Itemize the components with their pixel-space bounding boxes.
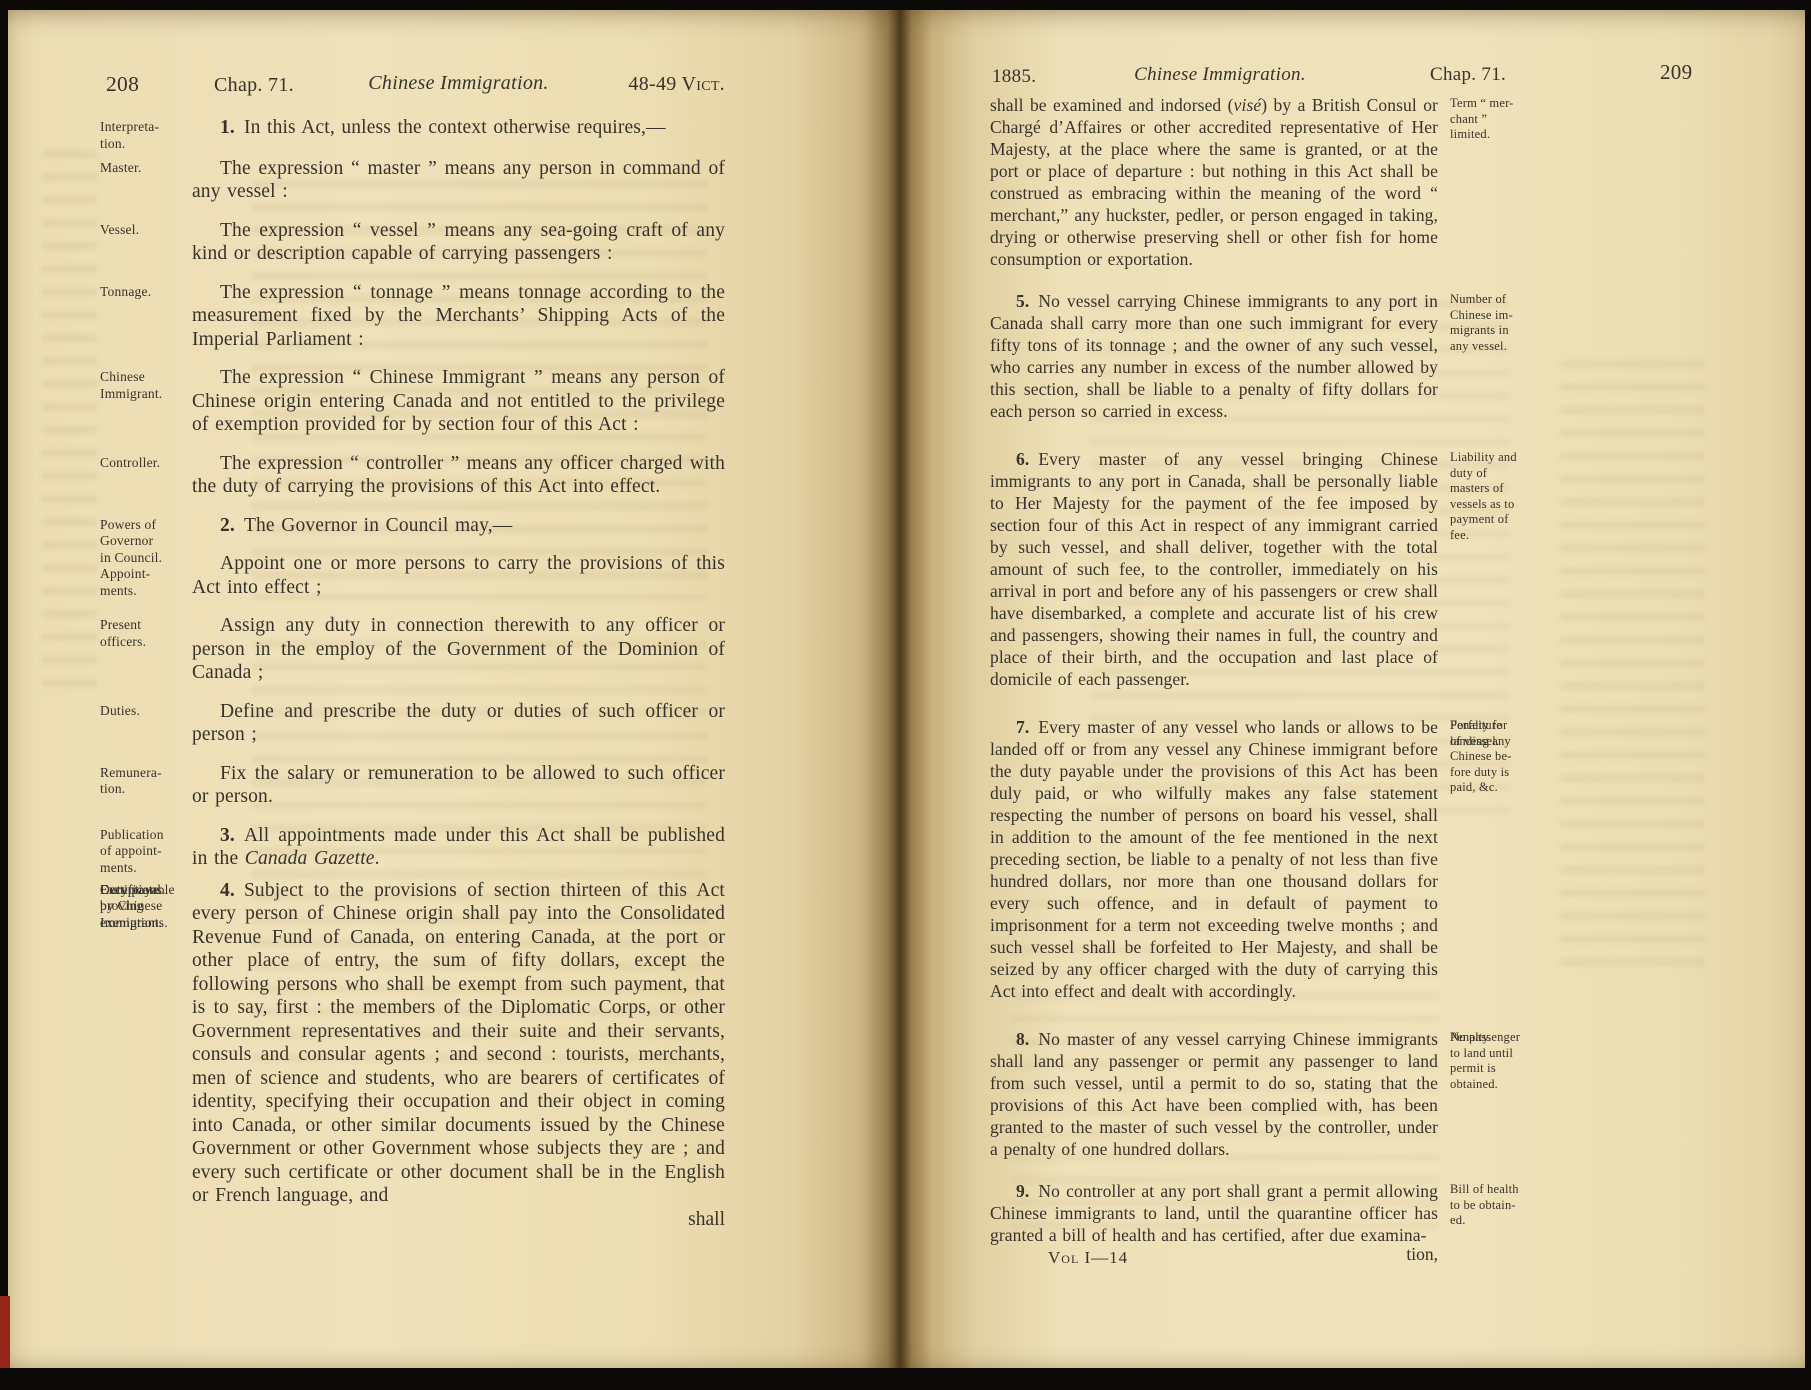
margin-note: Duties. (100, 703, 188, 720)
section-number: 8. (1016, 1029, 1038, 1049)
paragraph-text: The expression “ Chinese Immigrant ” mea… (192, 366, 725, 437)
margin-note: Vessel. (100, 222, 188, 239)
paragraph-text: 7.Every master of any vessel who lands o… (990, 716, 1438, 1002)
paragraph-text: Define and prescribe the duty or duties … (192, 700, 725, 747)
statute-definition: Controller. The expression “ controller … (100, 452, 740, 499)
statute-definition: Chinese Immigrant. The expression “ Chin… (100, 366, 740, 437)
section-number: 1. (220, 117, 244, 138)
statute-section: Duty payable by Chinese Immigrants. Exce… (100, 879, 740, 1232)
section-number: 3. (220, 825, 244, 846)
section-number: 6. (1016, 449, 1038, 469)
regnal-year: 48-49 Vict. (192, 73, 725, 96)
page-number: 209 (1660, 60, 1692, 85)
paragraph-text: The expression “ vessel ” means any sea-… (192, 219, 725, 266)
paragraph-text: shall be examined and indorsed (visé) by… (990, 94, 1438, 270)
margin-note: Publication of appoint- ments. (100, 827, 188, 877)
statute-section: Powers of Governor in Council. Appoint- … (100, 514, 740, 538)
catchword: tion, (1406, 1244, 1438, 1265)
margin-note: Forfeiture of vessel. (1450, 718, 1578, 749)
right-page-body: Term “ mer- chant ” limited. shall be ex… (990, 94, 1610, 1272)
margin-note: Chinese Immigrant. (100, 369, 188, 402)
margin-note: Bill of health to be obtain- ed. (1450, 1182, 1578, 1229)
statute-section: Number of Chinese im- migrants in any ve… (990, 290, 1610, 422)
margin-note: Number of Chinese im- migrants in any ve… (1450, 292, 1578, 354)
statute-clause: Remunera- tion. Fix the salary or remune… (100, 762, 740, 809)
statute-section: Publication of appoint- ments. 3.All app… (100, 824, 740, 871)
paragraph-text: 9.No controller at any port shall grant … (990, 1180, 1438, 1246)
red-page-edge (0, 1296, 10, 1368)
statute-definition: Vessel. The expression “ vessel ” means … (100, 219, 740, 266)
section-number: 4. (220, 880, 244, 901)
page-footer: Vol I—14 tion, (990, 1248, 1438, 1272)
margin-note: Penalty. (1450, 1030, 1578, 1046)
paragraph-text: Fix the salary or remuneration to be all… (192, 762, 725, 809)
statute-section: Liability and duty of masters of vessels… (990, 448, 1610, 690)
paragraph-text: 6.Every master of any vessel bringing Ch… (990, 448, 1438, 690)
statute-section: Bill of health to be obtain- ed. 9.No co… (990, 1180, 1610, 1272)
margin-note: Present officers. (100, 617, 188, 650)
paragraph-text: 8.No master of any vessel carrying Chine… (990, 1028, 1438, 1160)
statute-section: Penalty for landing any Chinese be- fore… (990, 716, 1610, 1002)
catchword: shall (192, 1208, 725, 1232)
statute-section: No passenger to land until permit is obt… (990, 1028, 1610, 1160)
section-number: 9. (1016, 1181, 1038, 1201)
paragraph-text: The expression “ controller ” means any … (192, 452, 725, 499)
margin-note: Master. (100, 160, 188, 177)
left-page-body: Interpreta- tion. 1.In this Act, unless … (100, 116, 740, 1246)
section-number: 2. (220, 515, 244, 536)
statute-clause: Present officers. Assign any duty in con… (100, 614, 740, 685)
paragraph-text: The expression “ tonnage ” means tonnage… (192, 281, 725, 352)
margin-note: Tonnage. (100, 284, 188, 301)
statute-clause: Appoint one or more persons to carry the… (100, 552, 740, 599)
paragraph-text: 4.Subject to the provisions of section t… (192, 879, 725, 1208)
section-number: 7. (1016, 717, 1038, 737)
page-number: 208 (106, 72, 139, 97)
volume-signature: Vol I—14 (1048, 1248, 1128, 1268)
paragraph-text: 2.The Governor in Council may,— (192, 514, 725, 538)
section-number: 5. (1016, 291, 1038, 311)
margin-note: Certificate proving exemption. (100, 882, 188, 932)
chapter-heading: Chap. 71. (1430, 64, 1506, 86)
book-scan: 208 Chap. 71. Chinese Immigration. 48-49… (0, 0, 1811, 1390)
margin-note: Term “ mer- chant ” limited. (1450, 96, 1578, 143)
paragraph-text: Appoint one or more persons to carry the… (192, 552, 725, 599)
paragraph-text: 3.All appointments made under this Act s… (192, 824, 725, 871)
margin-note: Remunera- tion. (100, 765, 188, 798)
paragraph-text: Assign any duty in connection therewith … (192, 614, 725, 685)
statute-clause: Duties. Define and prescribe the duty or… (100, 700, 740, 747)
statute-definition: Master. The expression “ master ” means … (100, 157, 740, 204)
paragraph-text: 5.No vessel carrying Chinese immigrants … (990, 290, 1438, 422)
margin-note: Interpreta- tion. (100, 119, 188, 152)
paragraph-text: The expression “ master ” means any pers… (192, 157, 725, 204)
book-gutter-crease (858, 10, 932, 1368)
running-title: Chinese Immigration. (1000, 64, 1440, 86)
statute-definition: Tonnage. The expression “ tonnage ” mean… (100, 281, 740, 352)
paragraph-text: 1.In this Act, unless the context otherw… (192, 116, 725, 140)
continuation-paragraph: Term “ mer- chant ” limited. shall be ex… (990, 94, 1610, 270)
bleed-through-ghost (42, 150, 97, 690)
statute-section: Interpreta- tion. 1.In this Act, unless … (100, 116, 740, 140)
margin-note: Liability and duty of masters of vessels… (1450, 450, 1578, 543)
margin-note: Controller. (100, 455, 188, 472)
